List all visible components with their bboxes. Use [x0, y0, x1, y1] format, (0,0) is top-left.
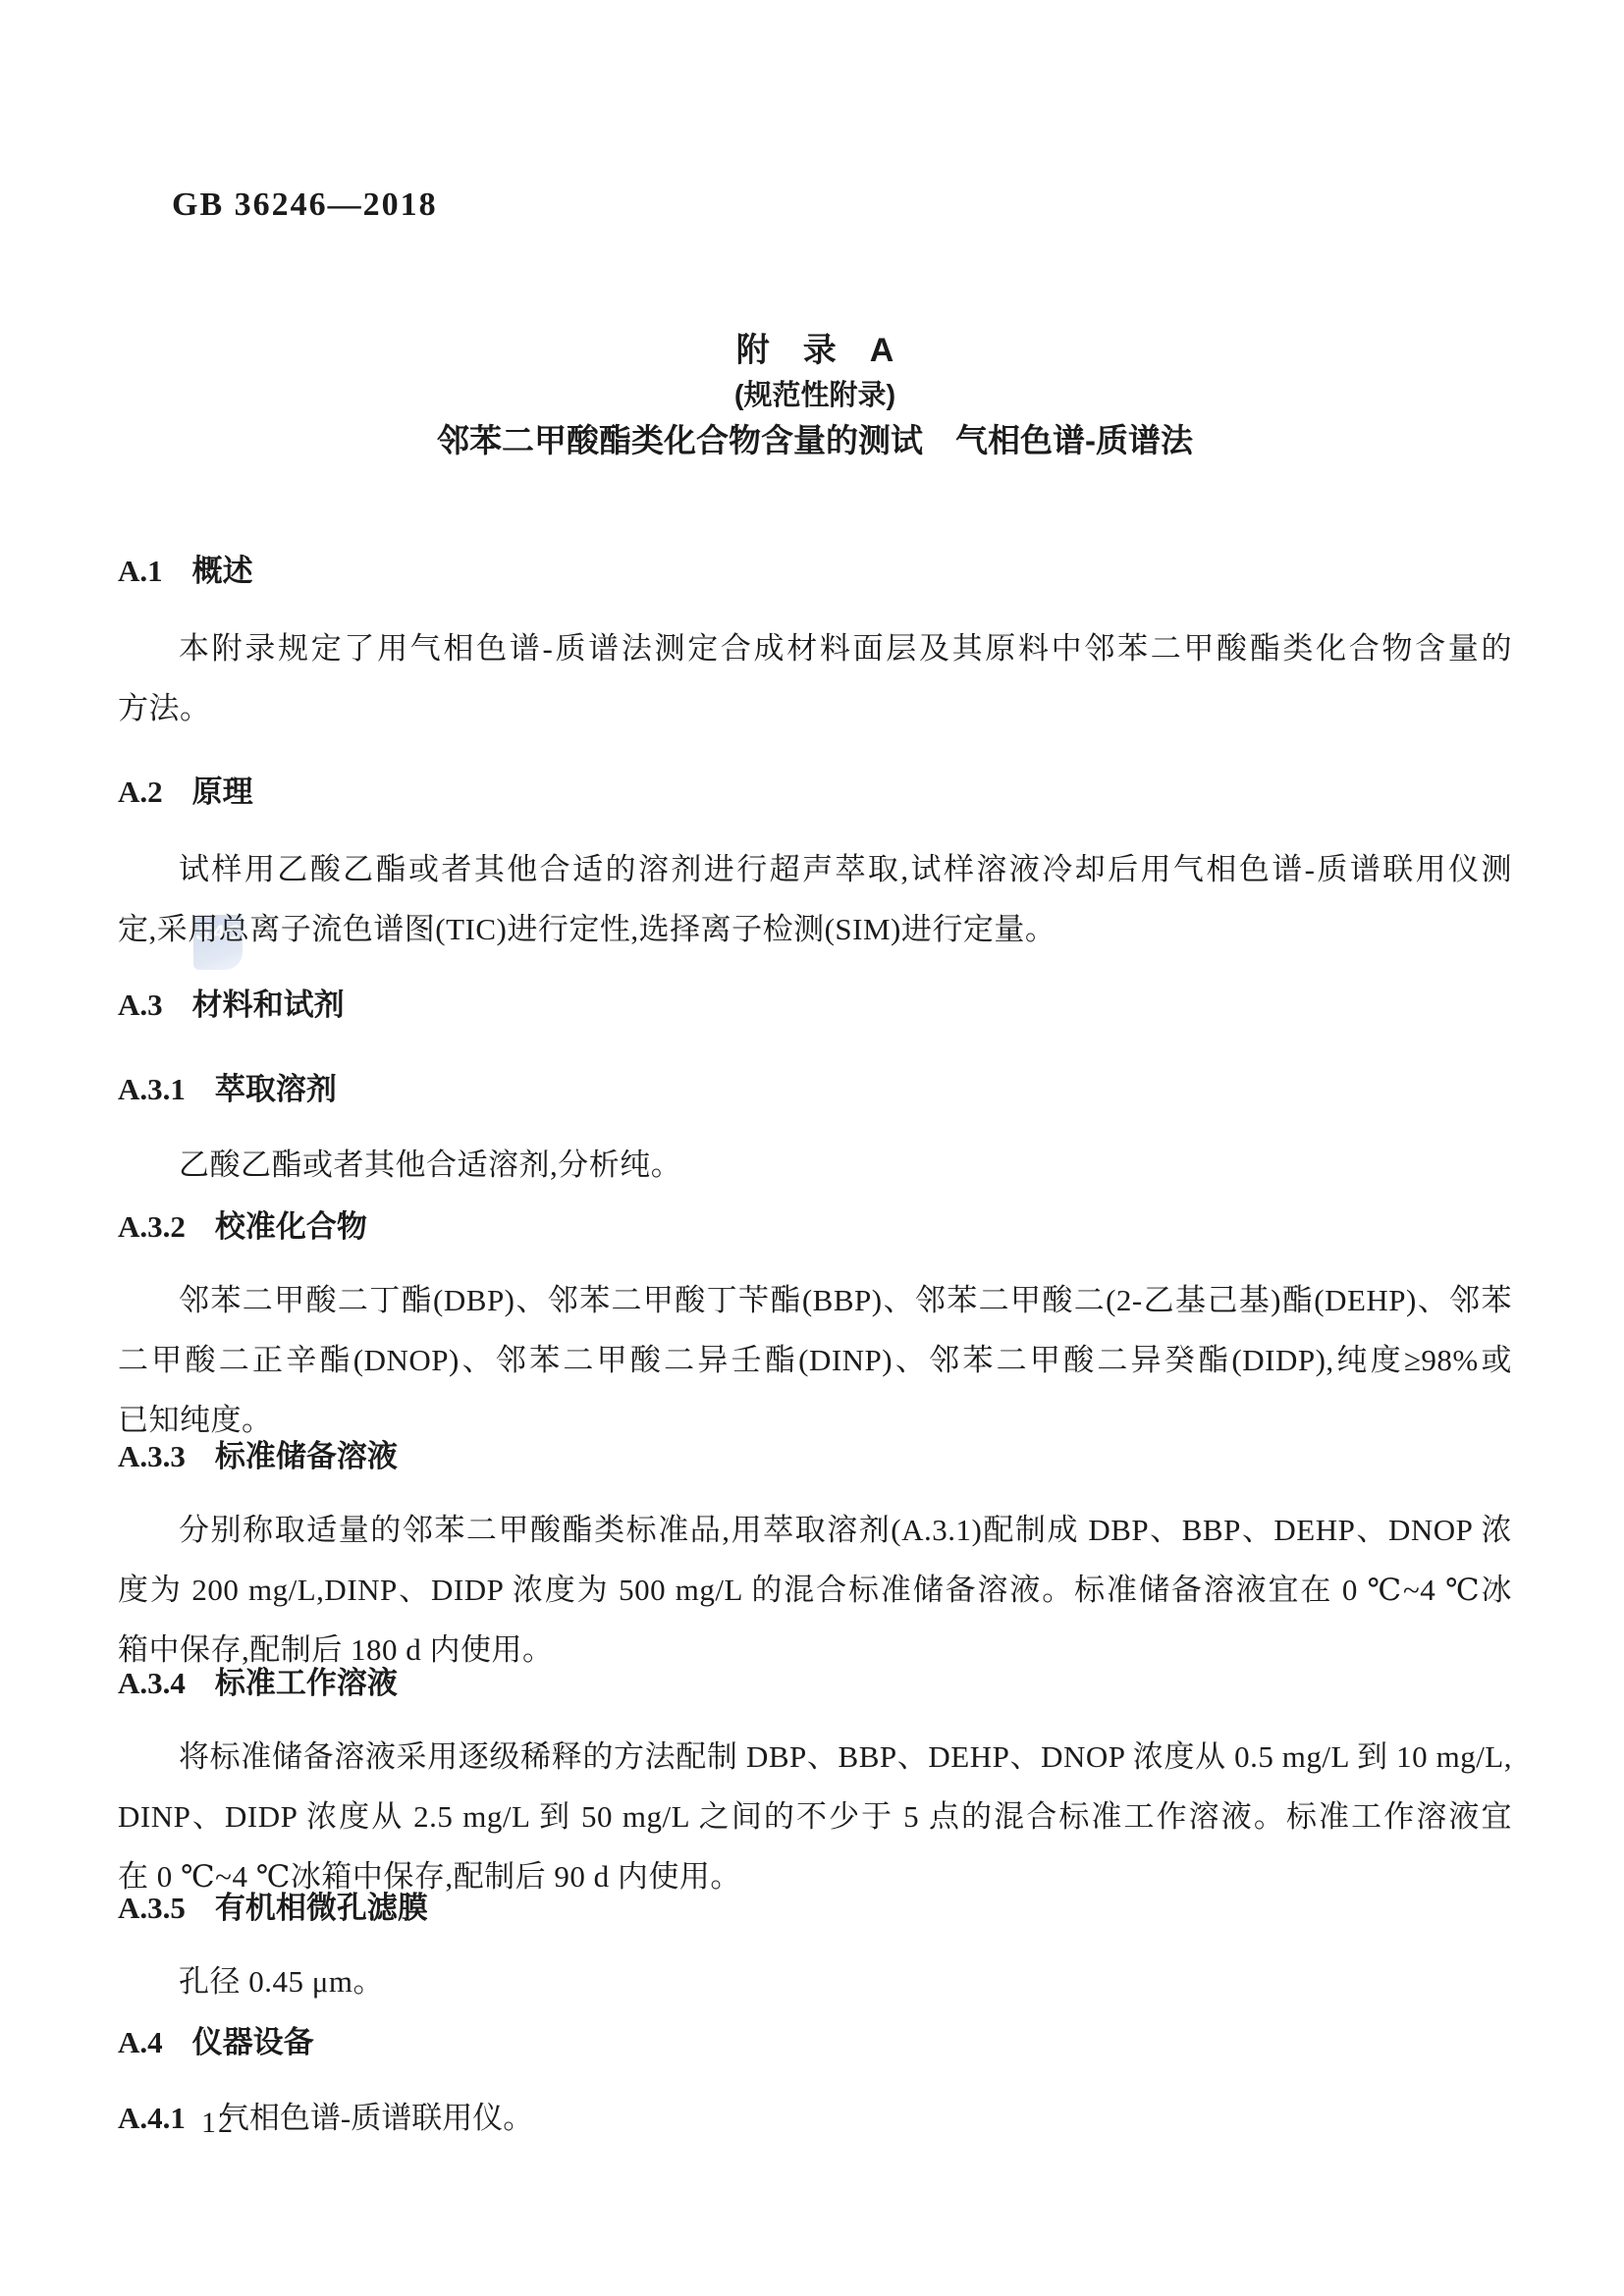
- section-heading-a2: A.2原理: [118, 771, 1512, 814]
- text-line: 本附录规定了用气相色谱-质谱法测定合成材料面层及其原料中邻苯二甲酸酯类化合物含量…: [118, 618, 1512, 678]
- section-title-a2: 原理: [192, 774, 253, 809]
- section-title-a33: 标准储备溶液: [215, 1439, 398, 1473]
- text-line: 方法。: [118, 678, 1512, 738]
- section-title-a4: 仪器设备: [192, 2025, 314, 2059]
- appendix-heading: 邻苯二甲酸酯类化合物含量的测试 气相色谱-质谱法: [118, 420, 1512, 461]
- paragraph-a32: 邻苯二甲酸二丁酯(DBP)、邻苯二甲酸丁苄酯(BBP)、邻苯二甲酸二(2-乙基己…: [118, 1270, 1512, 1450]
- section-title-a32: 校准化合物: [215, 1209, 367, 1244]
- paragraph-a35: 孔径 0.45 μm。: [118, 1951, 1512, 2011]
- paragraph-a31: 乙酸乙酯或者其他合适溶剂,分析纯。: [118, 1135, 1512, 1195]
- section-label-a35: A.3.5: [118, 1891, 186, 1925]
- standard-number: GB 36246—2018: [172, 187, 438, 224]
- document-body: A.1概述 本附录规定了用气相色谱-质谱法测定合成材料面层及其原料中邻苯二甲酸酯…: [118, 542, 1512, 2148]
- section-label-a31: A.3.1: [118, 1072, 186, 1106]
- text-line: 定,采用总离子流色谱图(TIC)进行定性,选择离子检测(SIM)进行定量。: [118, 899, 1512, 959]
- text-line: 孔径 0.45 μm。: [118, 1951, 1512, 2011]
- text-line: 将标准储备溶液采用逐级稀释的方法配制 DBP、BBP、DEHP、DNOP 浓度从…: [118, 1727, 1512, 1787]
- section-title-a35: 有机相微孔滤膜: [215, 1891, 428, 1925]
- section-label-a3: A.3: [118, 988, 163, 1022]
- section-heading-a31: A.3.1萃取溶剂: [118, 1068, 1512, 1111]
- section-label-a34: A.3.4: [118, 1666, 186, 1700]
- paragraph-a1: 本附录规定了用气相色谱-质谱法测定合成材料面层及其原料中邻苯二甲酸酯类化合物含量…: [118, 618, 1512, 738]
- section-heading-a33: A.3.3标准储备溶液: [118, 1435, 1512, 1478]
- text-line: 试样用乙酸乙酯或者其他合适的溶剂进行超声萃取,试样溶液冷却后用气相色谱-质谱联用…: [118, 839, 1512, 899]
- document-page: GB 36246—2018 附 录 A (规范性附录) 邻苯二甲酸酯类化合物含量…: [0, 0, 1624, 2296]
- text-line: 分别称取适量的邻苯二甲酸酯类标准品,用萃取溶剂(A.3.1)配制成 DBP、BB…: [118, 1500, 1512, 1560]
- section-label-a33: A.3.3: [118, 1439, 186, 1473]
- section-label-a32: A.3.2: [118, 1209, 186, 1244]
- section-label-a41: A.4.1: [118, 2101, 186, 2135]
- appendix-title: 附 录 A: [118, 330, 1512, 371]
- section-title-a31: 萃取溶剂: [215, 1072, 337, 1106]
- paragraph-a33: 分别称取适量的邻苯二甲酸酯类标准品,用萃取溶剂(A.3.1)配制成 DBP、BB…: [118, 1500, 1512, 1680]
- section-heading-a4: A.4仪器设备: [118, 2021, 1512, 2064]
- text-line: DINP、DIDP 浓度从 2.5 mg/L 到 50 mg/L 之间的不少于 …: [118, 1787, 1512, 1846]
- section-title-a34: 标准工作溶液: [215, 1666, 398, 1700]
- text-line: 二甲酸二正辛酯(DNOP)、邻苯二甲酸二异壬酯(DINP)、邻苯二甲酸二异癸酯(…: [118, 1330, 1512, 1390]
- section-label-a1: A.1: [118, 554, 163, 588]
- appendix-title-block: 附 录 A (规范性附录) 邻苯二甲酸酯类化合物含量的测试 气相色谱-质谱法: [118, 330, 1512, 461]
- section-heading-a3: A.3材料和试剂: [118, 984, 1512, 1027]
- section-text-a41: 气相色谱-质谱联用仪。: [219, 2101, 533, 2135]
- section-heading-a35: A.3.5有机相微孔滤膜: [118, 1887, 1512, 1930]
- paragraph-a2: 试样用乙酸乙酯或者其他合适的溶剂进行超声萃取,试样溶液冷却后用气相色谱-质谱联用…: [118, 839, 1512, 959]
- section-label-a4: A.4: [118, 2025, 163, 2059]
- paragraph-a34: 将标准储备溶液采用逐级稀释的方法配制 DBP、BBP、DEHP、DNOP 浓度从…: [118, 1727, 1512, 1906]
- section-heading-a1: A.1概述: [118, 550, 1512, 593]
- section-heading-a41: A.4.1气相色谱-质谱联用仪。: [118, 2088, 1512, 2148]
- appendix-subtitle: (规范性附录): [118, 378, 1512, 413]
- section-title-a3: 材料和试剂: [192, 988, 345, 1022]
- section-heading-a32: A.3.2校准化合物: [118, 1205, 1512, 1249]
- text-line: 乙酸乙酯或者其他合适溶剂,分析纯。: [118, 1135, 1512, 1195]
- section-title-a1: 概述: [192, 554, 253, 588]
- section-heading-a34: A.3.4标准工作溶液: [118, 1662, 1512, 1705]
- text-line: 度为 200 mg/L,DINP、DIDP 浓度为 500 mg/L 的混合标准…: [118, 1560, 1512, 1620]
- text-line: 邻苯二甲酸二丁酯(DBP)、邻苯二甲酸丁苄酯(BBP)、邻苯二甲酸二(2-乙基己…: [118, 1270, 1512, 1330]
- page-number: 12: [201, 2107, 235, 2140]
- section-label-a2: A.2: [118, 774, 163, 809]
